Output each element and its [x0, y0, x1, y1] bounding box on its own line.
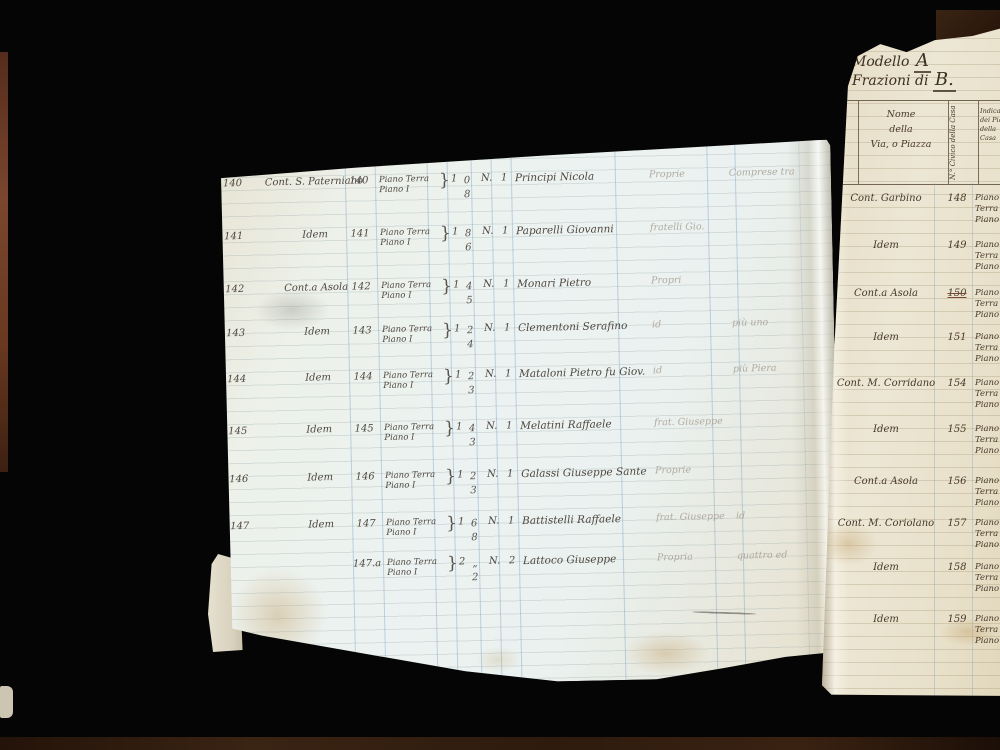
pencil-note-2: più Piera — [733, 362, 829, 375]
floor-lines: Piano Terra Piano I — [975, 476, 1000, 509]
unit-count: 1 — [502, 225, 509, 236]
floor-line-2: Piano I — [384, 432, 446, 443]
register-row: Idem 155 Piano Terra Piano I — [822, 424, 1000, 464]
floor-line-2: Piano I — [975, 215, 1000, 226]
floor-line-1: Piano Terra — [975, 240, 1000, 262]
civic-number: 157 — [942, 518, 972, 529]
rooms-top: 8 — [460, 227, 476, 241]
floor-count: 2 — [459, 556, 466, 567]
room-counts: 6 8 — [466, 517, 483, 545]
number-abbrev: N. — [486, 421, 498, 432]
header-civic-label: N.° Civico della Casa — [949, 101, 957, 184]
unit-count: 1 — [508, 515, 515, 526]
floor-line-2: Piano I — [975, 400, 1000, 411]
main-ledger-sheet: 140 Cont. S. Paterniano 140 Piano Terra … — [214, 140, 841, 701]
civic-number: 146 — [351, 471, 379, 483]
rooms-top: 2 — [462, 324, 478, 338]
pencil-note-2 — [731, 272, 827, 274]
number-abbrev: N. — [484, 323, 496, 334]
floor-count: 1 — [455, 369, 462, 380]
row-number: 144 — [227, 374, 257, 386]
register-row: Cont.a Asola 156 Piano Terra Piano I — [822, 476, 1000, 516]
header-col-civic: N.° Civico della Casa — [948, 101, 979, 184]
floor-lines: Piano Terra Piano I — [975, 193, 1000, 226]
room-counts: 8 6 — [460, 227, 477, 255]
header-floors-label: Indicazione dei Piani della Casa — [980, 107, 1000, 177]
ledger-row: 146 Idem 146 Piano Terra Piano I } 1 2 3… — [221, 462, 838, 517]
floor-lines: Piano Terra Piano I — [382, 324, 444, 345]
civic-number: 147 — [352, 518, 380, 530]
floor-lines: Piano Terra Piano I — [975, 332, 1000, 365]
brace-mark: } — [446, 514, 457, 534]
number-abbrev: N. — [489, 556, 501, 567]
unit-count: 1 — [501, 172, 508, 183]
floor-line-2: Piano I — [975, 446, 1000, 457]
title-word: Modello — [852, 54, 909, 70]
civic-number: 155 — [942, 424, 972, 435]
floor-count: 1 — [453, 279, 460, 290]
pencil-note-1: frat. Giuseppe — [656, 511, 738, 524]
floor-lines: Piano Terra Piano I — [975, 518, 1000, 551]
civic-number: 149 — [942, 240, 972, 251]
brace-mark: } — [442, 321, 453, 341]
floor-lines: Piano Terra Piano I — [975, 378, 1000, 411]
civic-number: 158 — [942, 562, 972, 573]
pencil-note-1: Propri — [651, 274, 733, 287]
rooms-bottom: 3 — [463, 384, 479, 398]
pencil-note-1: id — [653, 364, 735, 377]
civic-number: 156 — [942, 476, 972, 487]
floor-lines: Piano Terra Piano I — [975, 240, 1000, 273]
title-letter-a: A — [914, 50, 931, 73]
floor-line-1: Piano Terra — [975, 518, 1000, 540]
civic-number: 159 — [942, 614, 972, 625]
street-name: Idem — [832, 614, 940, 625]
civic-number: 147.a — [353, 558, 381, 570]
register-row: Cont. M. Coriolano 157 Piano Terra Piano… — [822, 518, 1000, 558]
pencil-note-1: fratelli Gio. — [650, 221, 732, 234]
street-name: Cont.a Asola — [832, 476, 940, 487]
ink-squiggle — [692, 611, 756, 615]
room-counts: 2 3 — [465, 470, 482, 498]
floor-line-2: Piano I — [975, 636, 1000, 647]
brace-mark: } — [445, 467, 456, 487]
pencil-note-1: Proprie — [655, 464, 737, 477]
row-number: 146 — [229, 474, 259, 486]
street-name: Cont. M. Coriolano — [832, 518, 940, 529]
floor-lines: Piano Terra Piano I — [381, 280, 443, 301]
rooms-bottom: 8 — [459, 188, 475, 202]
brace-mark: } — [440, 224, 451, 244]
register-row: Idem 159 Piano Terra Piano I — [822, 614, 1000, 654]
civic-number: 140 — [345, 175, 373, 187]
pencil-note-1: Proprie — [649, 168, 731, 181]
floor-line-1: Piano Terra — [975, 332, 1000, 354]
unit-count: 1 — [507, 468, 514, 479]
floor-lines: Piano Terra Piano I — [975, 424, 1000, 457]
floor-count: 1 — [451, 173, 458, 184]
floor-line-1: Piano Terra — [975, 614, 1000, 636]
pencil-note-2: più uno — [732, 316, 828, 329]
floor-line-2: Piano I — [975, 498, 1000, 509]
floor-line-1: Piano Terra — [975, 424, 1000, 446]
brace-mark: } — [447, 554, 458, 574]
photo-stage: 140 Cont. S. Paterniano 140 Piano Terra … — [0, 0, 1000, 750]
floor-line-2: Piano I — [382, 334, 444, 345]
rooms-top: „ — [467, 557, 483, 571]
street-name: Idem — [832, 332, 940, 343]
row-number: 145 — [228, 426, 258, 438]
floor-line-2: Piano I — [975, 310, 1000, 321]
header-col-progressive: N.° progressivo della Casa — [828, 101, 859, 184]
subtitle-letter-b: B. — [933, 69, 956, 92]
tan-stain — [622, 630, 709, 676]
register-row: Idem 149 Piano Terra Piano I — [822, 240, 1000, 280]
ledger-row: 144 Idem 144 Piano Terra Piano I } 1 2 3… — [219, 362, 836, 417]
wood-table-bottom — [0, 737, 1000, 750]
floor-line-2: Piano I — [975, 354, 1000, 365]
civic-number: 150 — [942, 288, 972, 299]
register-row: Idem 151 Piano Terra Piano I — [822, 332, 1000, 372]
header-street-label: Nome della Via, o Piazza — [858, 107, 944, 152]
unit-count: 1 — [505, 368, 512, 379]
civic-number: 154 — [942, 378, 972, 389]
floor-line-1: Piano Terra — [975, 288, 1000, 310]
row-number: 140 — [223, 178, 253, 190]
civic-number: 145 — [350, 423, 378, 435]
subtitle-word: Frazioni di — [852, 73, 928, 89]
floor-lines: Piano Terra Piano I — [379, 174, 441, 195]
street-name: Idem — [832, 240, 940, 251]
floor-lines: Piano Terra Piano I — [387, 557, 449, 578]
street-name: Idem — [832, 562, 940, 573]
rooms-bottom: 3 — [464, 436, 480, 450]
pencil-note-2: quattro ed — [737, 549, 833, 562]
number-abbrev: N. — [483, 279, 495, 290]
floor-count: 1 — [457, 469, 464, 480]
ledger-row: 140 Cont. S. Paterniano 140 Piano Terra … — [215, 166, 832, 221]
right-register-sheet: Modello A Frazioni di B. N.° progressivo… — [822, 26, 1000, 696]
floor-count: 1 — [454, 323, 461, 334]
header-street-line3: Via, o Piazza — [858, 137, 944, 152]
number-abbrev: N. — [488, 516, 500, 527]
rooms-bottom: 8 — [466, 531, 482, 545]
header-street-line1: Nome — [858, 107, 944, 122]
floor-lines: Piano Terra Piano I — [385, 470, 447, 491]
ledger-row: 145 Idem 145 Piano Terra Piano I } 1 4 3… — [220, 414, 837, 469]
pencil-note-2: id — [736, 509, 832, 522]
street-name: Cont. M. Corridano — [832, 378, 940, 389]
room-counts: 0 8 — [459, 174, 476, 202]
pencil-note-2 — [730, 219, 826, 221]
unit-count: 1 — [503, 278, 510, 289]
floor-lines: Piano Terra Piano I — [386, 517, 448, 538]
rooms-top: 2 — [463, 370, 479, 384]
floor-count: 1 — [456, 421, 463, 432]
sheet-title: Modello A Frazioni di B. — [852, 52, 956, 90]
floor-line-2: Piano I — [385, 480, 447, 491]
civic-number: 148 — [942, 193, 972, 204]
floor-line-2: Piano I — [975, 262, 1000, 273]
rooms-bottom: 5 — [461, 294, 477, 308]
street-name: Cont.a Asola — [832, 288, 940, 299]
floor-line-2: Piano I — [383, 380, 445, 391]
civic-number: 144 — [349, 371, 377, 383]
rooms-top: 6 — [466, 517, 482, 531]
civic-number: 143 — [348, 325, 376, 337]
rooms-bottom: 3 — [465, 484, 481, 498]
pencil-note-1: frat. Giuseppe — [654, 416, 736, 429]
floor-count: 1 — [452, 226, 459, 237]
floor-line-2: Piano I — [387, 567, 449, 578]
rooms-top: 4 — [461, 280, 477, 294]
ledger-row: 141 Idem 141 Piano Terra Piano I } 1 8 6… — [216, 219, 833, 274]
room-counts: 2 3 — [463, 370, 480, 398]
rooms-bottom: 2 — [467, 571, 483, 585]
register-row: Cont. Garbino 148 Piano Terra Piano I — [822, 193, 1000, 233]
rooms-top: 2 — [465, 470, 481, 484]
floor-line-2: Piano I — [379, 184, 441, 195]
column-header-box: N.° progressivo della Casa Nome della Vi… — [828, 100, 1000, 185]
room-counts: 4 3 — [464, 422, 481, 450]
register-row: Cont. M. Corridano 154 Piano Terra Piano… — [822, 378, 1000, 418]
floor-count: 1 — [458, 516, 465, 527]
row-number: 143 — [226, 328, 256, 340]
wood-table-left — [0, 52, 8, 472]
room-counts: 4 5 — [461, 280, 478, 308]
row-number: 141 — [224, 231, 254, 243]
rooms-bottom: 4 — [462, 338, 478, 352]
pencil-note-1: id — [652, 318, 734, 331]
number-abbrev: N. — [482, 226, 494, 237]
floor-lines: Piano Terra Piano I — [975, 562, 1000, 595]
floor-line-1: Piano Terra — [975, 193, 1000, 215]
civic-number: 141 — [346, 228, 374, 240]
floor-line-1: Piano Terra — [975, 562, 1000, 584]
floor-line-1: Piano Terra — [975, 476, 1000, 498]
paper-scrap-left-edge — [0, 686, 13, 718]
brace-mark: } — [439, 171, 450, 191]
brace-mark: } — [441, 277, 452, 297]
register-row: Idem 158 Piano Terra Piano I — [822, 562, 1000, 602]
floor-lines: Piano Terra Piano I — [383, 370, 445, 391]
floor-line-1: Piano Terra — [975, 378, 1000, 400]
brace-mark: } — [444, 419, 455, 439]
row-number: 142 — [225, 284, 255, 296]
floor-lines: Piano Terra Piano I — [975, 614, 1000, 647]
room-counts: „ 2 — [467, 557, 484, 585]
pencil-note-1: Propria — [657, 551, 739, 564]
civic-number: 142 — [347, 281, 375, 293]
floor-lines: Piano Terra Piano I — [384, 422, 446, 443]
rooms-bottom: 6 — [460, 241, 476, 255]
row-number: 147 — [230, 521, 260, 533]
rooms-top: 0 — [459, 174, 475, 188]
pencil-note-2 — [734, 414, 830, 416]
floor-line-2: Piano I — [975, 540, 1000, 551]
unit-count: 1 — [504, 322, 511, 333]
rooms-top: 4 — [464, 422, 480, 436]
brace-mark: } — [443, 367, 454, 387]
pencil-note-2 — [735, 462, 831, 464]
row-number — [231, 561, 261, 562]
floor-line-2: Piano I — [975, 584, 1000, 595]
register-row: Cont.a Asola 150 Piano Terra Piano I — [822, 288, 1000, 328]
number-abbrev: N. — [481, 173, 493, 184]
floor-lines: Piano Terra Piano I — [380, 227, 442, 248]
floor-line-2: Piano I — [381, 290, 443, 301]
unit-count: 2 — [509, 555, 516, 566]
street-name: Idem — [832, 424, 940, 435]
number-abbrev: N. — [485, 369, 497, 380]
street-name: Cont. Garbino — [832, 193, 940, 204]
number-abbrev: N. — [487, 469, 499, 480]
floor-line-2: Piano I — [386, 527, 448, 538]
pencil-note-2: Comprese tra — [729, 166, 825, 179]
header-street-line2: della — [858, 122, 944, 137]
unit-count: 1 — [506, 420, 513, 431]
civic-number: 151 — [942, 332, 972, 343]
floor-line-2: Piano I — [380, 237, 442, 248]
room-counts: 2 4 — [462, 324, 479, 352]
floor-lines: Piano Terra Piano I — [975, 288, 1000, 321]
